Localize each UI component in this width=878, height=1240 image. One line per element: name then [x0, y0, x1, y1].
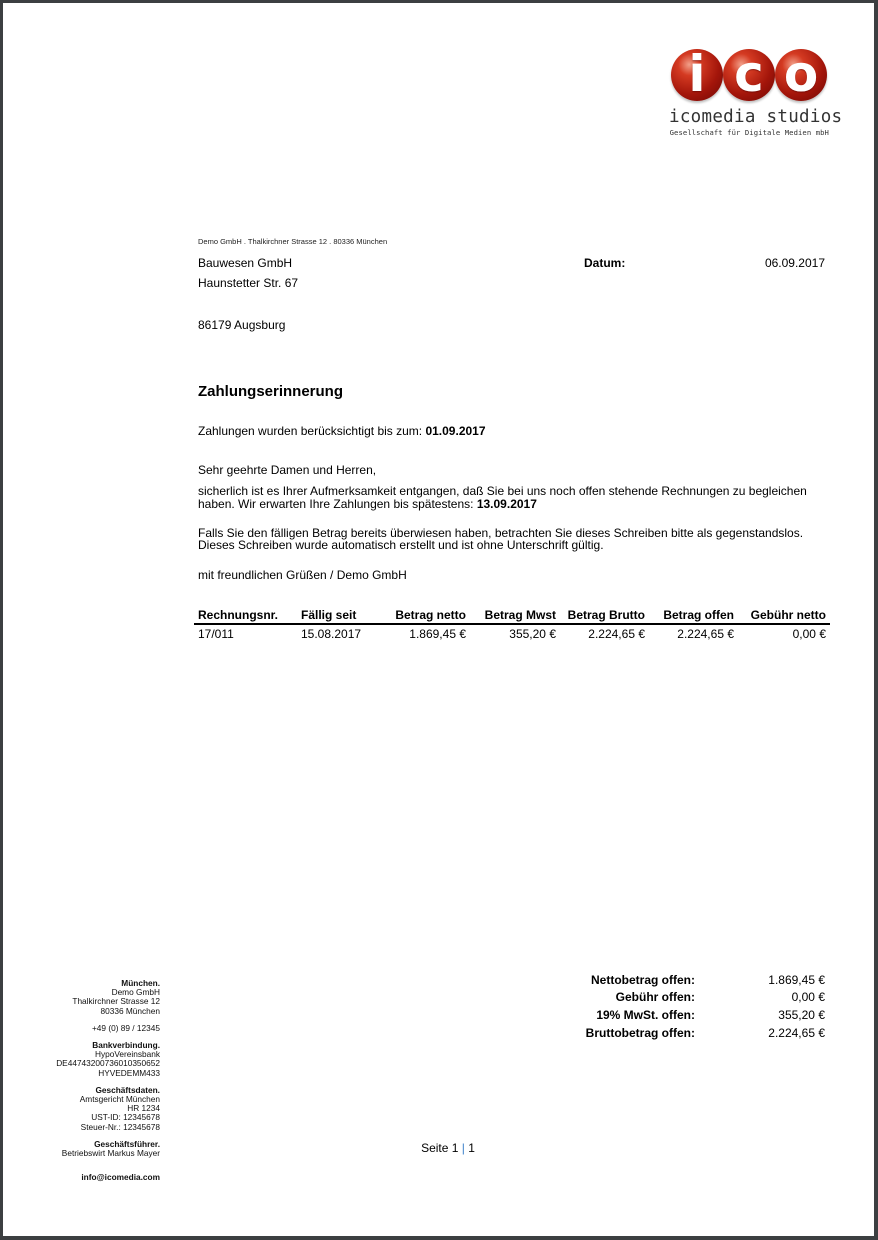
total-value: 1.869,45 € [695, 973, 825, 987]
closing: mit freundlichen Grüßen / Demo GmbH [198, 569, 838, 582]
company-bank-block: Bankverbindung. HypoVereinsbank DE447432… [23, 1041, 160, 1078]
col-net-amount: Betrag netto [382, 608, 470, 624]
body-paragraph-2-line-2: Dieses Schreiben wurde automatisch erste… [198, 539, 838, 552]
logo-letter: i [671, 45, 723, 103]
total-value: 0,00 € [695, 990, 825, 1004]
payments-considered: Zahlungen wurden berücksichtigt bis zum:… [198, 424, 486, 438]
col-invoice-number: Rechnungsnr. [194, 608, 297, 624]
cell-open-amount: 2.224,65 € [649, 624, 738, 641]
page-prefix: Seite [421, 1141, 452, 1155]
document-page: i c o icomedia studios Gesellschaft für … [3, 3, 874, 1236]
logo-ball-o: o [775, 49, 827, 101]
logo-ball-i: i [671, 49, 723, 101]
ceo-name: Betriebswirt Markus Mayer [23, 1149, 160, 1158]
totals-summary: Nettobetrag offen: 1.869,45 € Gebühr off… [563, 971, 825, 1041]
logo-letter: c [723, 45, 775, 103]
logo-balls: i c o [671, 49, 827, 105]
logo-letter: o [775, 45, 827, 103]
date-value: 06.09.2017 [703, 256, 825, 270]
bank-bic: HYVEDEMM433 [23, 1069, 160, 1078]
company-email[interactable]: info@icomedia.com [23, 1173, 160, 1182]
total-label: Gebühr offen: [563, 990, 695, 1004]
total-label: 19% MwSt. offen: [563, 1008, 695, 1022]
col-vat-amount: Betrag Mwst [470, 608, 560, 624]
date-label: Datum: [584, 256, 625, 270]
recipient-name: Bauwesen GmbH [198, 256, 292, 270]
total-value: 355,20 € [695, 1008, 825, 1022]
company-phone: +49 (0) 89 / 12345 [23, 1024, 160, 1033]
table-row: 17/011 15.08.2017 1.869,45 € 355,20 € 2.… [194, 624, 830, 641]
logo-name: icomedia studios [669, 107, 831, 127]
payments-considered-text: Zahlungen wurden berücksichtigt bis zum: [198, 424, 425, 438]
total-value: 2.224,65 € [695, 1026, 825, 1040]
total-vat-open: 19% MwSt. offen: 355,20 € [563, 1006, 825, 1024]
greeting: Sehr geehrte Damen und Herren, [198, 464, 838, 477]
cell-fee-net: 0,00 € [738, 624, 830, 641]
body-paragraph-1: sicherlich ist es Ihrer Aufmerksamkeit e… [198, 485, 808, 510]
logo-ball-c: c [723, 49, 775, 101]
sender-return-address: Demo GmbH . Thalkirchner Strasse 12 . 80… [198, 237, 387, 246]
company-business-block: Geschäftsdaten. Amtsgericht München HR 1… [23, 1086, 160, 1132]
col-due-since: Fällig seit [297, 608, 382, 624]
total-label: Nettobetrag offen: [563, 973, 695, 987]
company-info-footer: München. Demo GmbH Thalkirchner Strasse … [23, 979, 160, 1182]
cell-invoice-number: 17/011 [194, 624, 297, 641]
total-gross-open: Bruttobetrag offen: 2.224,65 € [563, 1024, 825, 1042]
logo-tagline: Gesellschaft für Digitale Medien mbH [667, 128, 829, 137]
recipient-city: 86179 Augsburg [198, 318, 285, 332]
cell-gross-amount: 2.224,65 € [560, 624, 649, 641]
invoice-table: Rechnungsnr. Fällig seit Betrag netto Be… [194, 608, 830, 641]
col-gross-amount: Betrag Brutto [560, 608, 649, 624]
total-net-open: Nettobetrag offen: 1.869,45 € [563, 971, 825, 989]
page-number: Seite 1 | 1 [383, 1141, 513, 1155]
table-header-row: Rechnungsnr. Fällig seit Betrag netto Be… [194, 608, 830, 624]
total-fee-open: Gebühr offen: 0,00 € [563, 989, 825, 1007]
page-total: 1 [468, 1141, 475, 1155]
payments-considered-date: 01.09.2017 [425, 424, 485, 438]
document-title: Zahlungserinnerung [198, 383, 343, 400]
payment-deadline: 13.09.2017 [477, 497, 537, 511]
company-city: 80336 München [23, 1007, 160, 1016]
col-open-amount: Betrag offen [649, 608, 738, 624]
business-tax-no: Steuer-Nr.: 12345678 [23, 1123, 160, 1132]
company-logo: i c o icomedia studios Gesellschaft für … [667, 49, 831, 141]
cell-vat-amount: 355,20 € [470, 624, 560, 641]
total-label: Bruttobetrag offen: [563, 1026, 695, 1040]
company-ceo-block: Geschäftsführer. Betriebswirt Markus May… [23, 1140, 160, 1158]
recipient-street: Haunstetter Str. 67 [198, 276, 298, 290]
cell-due-since: 15.08.2017 [297, 624, 382, 641]
company-address-block: München. Demo GmbH Thalkirchner Strasse … [23, 979, 160, 1016]
page-separator: | [458, 1141, 468, 1155]
cell-net-amount: 1.869,45 € [382, 624, 470, 641]
col-fee-net: Gebühr netto [738, 608, 830, 624]
